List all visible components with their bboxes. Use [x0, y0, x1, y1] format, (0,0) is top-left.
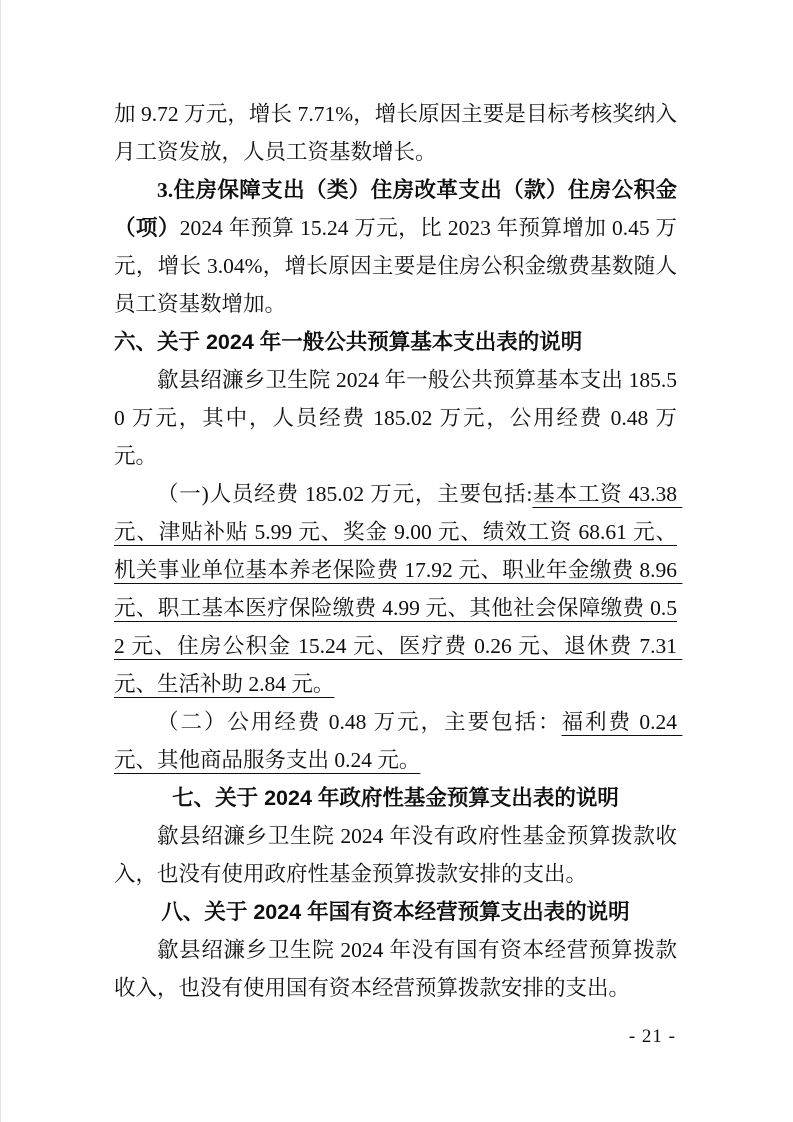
- text-run: 八、关于 2024 年国有资本经营预算支出表的说明: [161, 900, 629, 924]
- paragraph: （二）公用经费 0.48 万元，主要包括：福利费 0.24 元、其他商品服务支出…: [114, 703, 677, 779]
- text-run: 2024 年预算 15.24 万元，比 2023 年预算增加 0.45 万元，增…: [114, 216, 677, 316]
- page-number: - 21 -: [629, 1026, 676, 1048]
- section-heading: 八、关于 2024 年国有资本经营预算支出表的说明: [114, 893, 677, 931]
- text-run: 歙县绍濂乡卫生院 2024 年一般公共预算基本支出 185.50 万元，其中，人…: [114, 368, 677, 468]
- paragraph: 歙县绍濂乡卫生院 2024 年没有政府性基金预算拨款收入，也没有使用政府性基金预…: [114, 817, 677, 893]
- text-run: 加 9.72 万元，增长 7.71%，增长原因主要是目标考核奖纳入月工资发放，人…: [114, 102, 677, 164]
- paragraph: 3.住房保障支出（类）住房改革支出（款）住房公积金（项）2024 年预算 15.…: [114, 171, 677, 323]
- text-run: 六、关于 2024 年一般公共预算基本支出表的说明: [114, 330, 582, 354]
- paragraph: （一)人员经费 185.02 万元，主要包括:基本工资 43.38 元、津贴补贴…: [114, 475, 677, 703]
- section-heading: 六、关于 2024 年一般公共预算基本支出表的说明: [114, 323, 677, 361]
- text-run: （二）公用经费 0.48 万元，主要包括：: [157, 710, 562, 734]
- paragraph: 歙县绍濂乡卫生院 2024 年没有国有资本经营预算拨款收入，也没有使用国有资本经…: [114, 931, 677, 1007]
- document-page: 加 9.72 万元，增长 7.71%，增长原因主要是目标考核奖纳入月工资发放，人…: [0, 0, 793, 1122]
- text-run: （一)人员经费 185.02 万元，主要包括:: [157, 482, 532, 506]
- text-run: 基本工资 43.38 元、津贴补贴 5.99 元、奖金 9.00 元、绩效工资 …: [114, 482, 682, 696]
- paragraph: 加 9.72 万元，增长 7.71%，增长原因主要是目标考核奖纳入月工资发放，人…: [114, 95, 677, 171]
- text-run: 七、关于 2024 年政府性基金预算支出表的说明: [172, 786, 619, 810]
- document-body: 加 9.72 万元，增长 7.71%，增长原因主要是目标考核奖纳入月工资发放，人…: [114, 95, 677, 1007]
- text-run: 歙县绍濂乡卫生院 2024 年没有国有资本经营预算拨款收入，也没有使用国有资本经…: [114, 938, 677, 1000]
- paragraph: 歙县绍濂乡卫生院 2024 年一般公共预算基本支出 185.50 万元，其中，人…: [114, 361, 677, 475]
- section-heading: 七、关于 2024 年政府性基金预算支出表的说明: [114, 779, 677, 817]
- text-run: 歙县绍濂乡卫生院 2024 年没有政府性基金预算拨款收入，也没有使用政府性基金预…: [114, 824, 677, 886]
